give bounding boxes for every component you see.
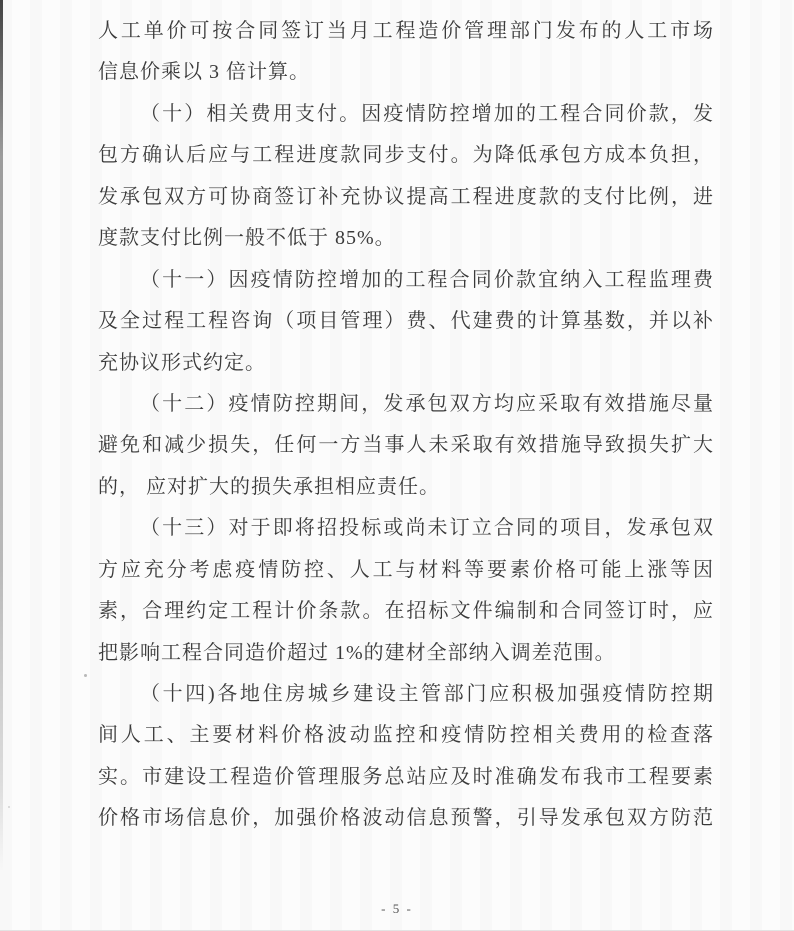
text-line: 包方确认后应与工程进度款同步支付。为降低承包方成本负担， xyxy=(98,135,714,176)
text-line: 发承包双方可协商签订补充协议提高工程进度款的支付比例，进 xyxy=(98,177,714,218)
text-line: （十三）对于即将招投标或尚未订立合同的项目，发承包双 xyxy=(98,508,714,549)
text-line: 及全过程工程咨询（项目管理）费、代建费的计算基数，并以补 xyxy=(98,301,714,342)
text-line: （十）相关费用支付。因疫情防控增加的工程合同价款，发 xyxy=(98,94,714,135)
text-line: 人工单价可按合同签订当月工程造价管理部门发布的人工市场 xyxy=(98,11,714,52)
text-line: 价格市场信息价，加强价格波动信息预警，引导发承包双方防范 xyxy=(98,798,714,839)
text-line: 的， 应对扩大的损失承担相应责任。 xyxy=(98,467,714,508)
text-line: 把影响工程合同造价超过 1%的建材全部纳入调差范围。 xyxy=(98,633,714,674)
text-line: 信息价乘以 3 倍计算。 xyxy=(98,52,714,93)
document-page: 人工单价可按合同签订当月工程造价管理部门发布的人工市场信息价乘以 3 倍计算。（… xyxy=(0,0,794,931)
text-line: 度款支付比例一般不低于 85%。 xyxy=(98,218,714,259)
scan-edge xyxy=(0,0,3,872)
scan-artifact-dot xyxy=(8,806,10,808)
text-line: （十二）疫情防控期间，发承包双方均应采取有效措施尽量 xyxy=(98,384,714,425)
text-line: 实。市建设工程造价管理服务总站应及时准确发布我市工程要素 xyxy=(98,757,714,798)
page-number: - 5 - xyxy=(0,901,794,917)
text-line: 方应充分考虑疫情防控、人工与材料等要素价格可能上涨等因 xyxy=(98,550,714,591)
document-lines: 人工单价可按合同签订当月工程造价管理部门发布的人工市场信息价乘以 3 倍计算。（… xyxy=(98,11,714,840)
text-line: （十一）因疫情防控增加的工程合同价款宜纳入工程监理费 xyxy=(98,260,714,301)
text-line: 充协议形式约定。 xyxy=(98,343,714,384)
text-line: 间人工、主要材料价格波动监控和疫情防控相关费用的检查落 xyxy=(98,715,714,756)
text-line: 素，合理约定工程计价条款。在招标文件编制和合同签订时，应 xyxy=(98,591,714,632)
text-line: 避免和减少损失，任何一方当事人未采取有效措施导致损失扩大 xyxy=(98,425,714,466)
scan-artifact-dot xyxy=(84,674,87,677)
text-line: （十四)各地住房城乡建设主管部门应积极加强疫情防控期 xyxy=(98,674,714,715)
